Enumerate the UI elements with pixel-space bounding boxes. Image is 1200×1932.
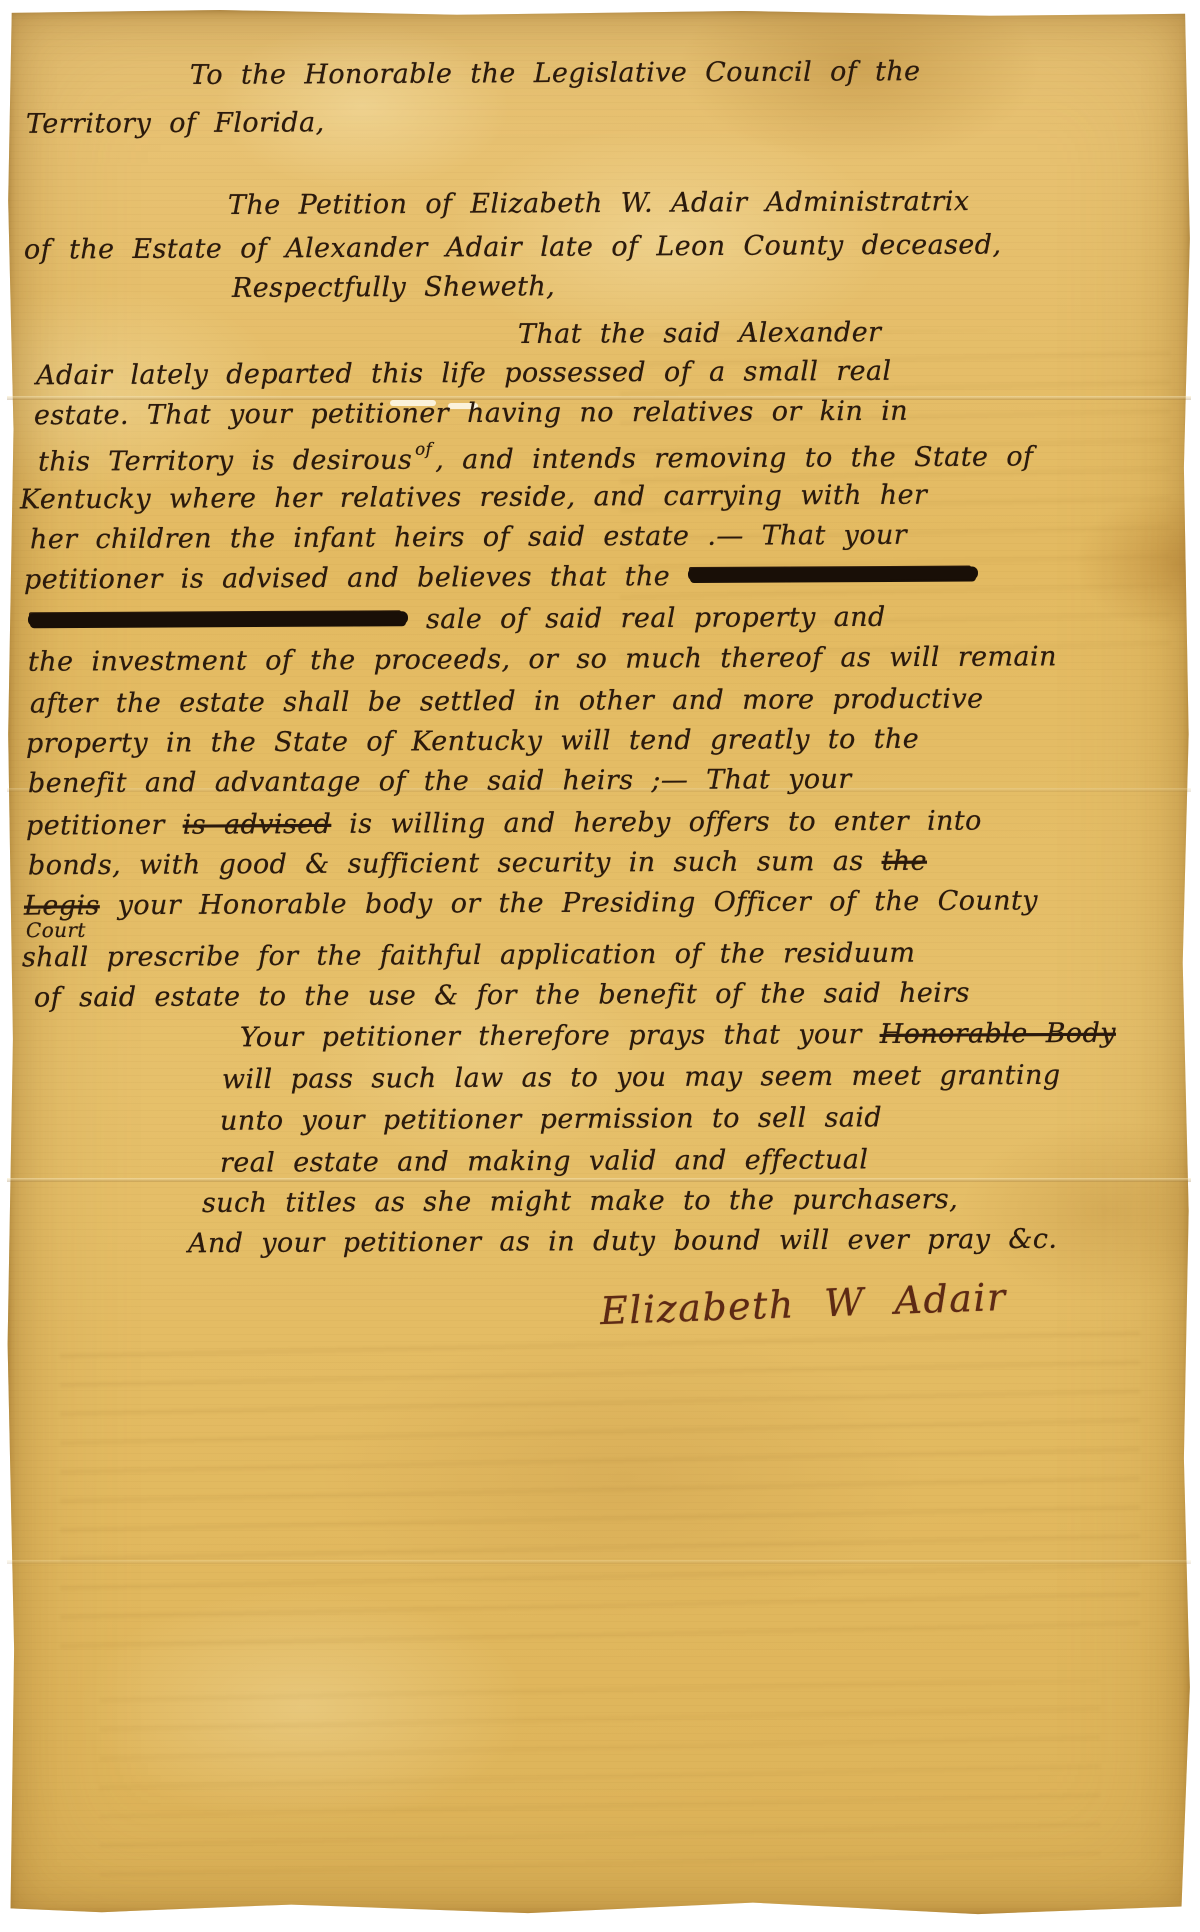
line-text: Court xyxy=(26,918,86,942)
manuscript-line: the investment of the proceeds, or so mu… xyxy=(28,641,1057,677)
line-text: shall prescribe for the faithful applica… xyxy=(22,938,916,974)
line-text: , and intends removing to the State of xyxy=(435,441,1033,475)
manuscript-line: petitioner is advised and believes that … xyxy=(24,560,978,596)
line-text: Territory of Florida, xyxy=(26,107,325,140)
line-text: this Territory is desirous xyxy=(38,445,412,478)
line-text: bonds, with good & sufficient security i… xyxy=(28,846,882,881)
manuscript-line: after the estate shall be settled in oth… xyxy=(30,684,984,720)
interline-insertion: of xyxy=(415,439,432,459)
line-text: her children the infant heirs of said es… xyxy=(30,520,907,556)
line-text: petitioner xyxy=(26,810,183,842)
manuscript-line: Respectfully Sheweth, xyxy=(232,271,555,304)
manuscript-line: this Territory is desirousof, and intend… xyxy=(38,435,1034,477)
struck-text: is advised xyxy=(183,809,332,841)
manuscript-line: real estate and making valid and effectu… xyxy=(220,1144,869,1178)
manuscript-line: Your petitioner therefore prays that you… xyxy=(240,1018,1116,1054)
line-text: That the said Alexander xyxy=(518,317,882,350)
line-text: And your petitioner as in duty bound wil… xyxy=(188,1224,1057,1260)
manuscript-line: Adair lately departed this life possesse… xyxy=(36,356,892,391)
line-text: the investment of the proceeds, or so mu… xyxy=(28,641,1057,677)
line-text: such titles as she might make to the pur… xyxy=(202,1184,958,1219)
manuscript-line: And your petitioner as in duty bound wil… xyxy=(188,1224,1057,1260)
line-text: The Petition of Elizabeth W. Adair Admin… xyxy=(228,186,970,221)
struck-text: the xyxy=(882,846,928,877)
line-text: of the Estate of Alexander Adair late of… xyxy=(24,229,1002,265)
manuscript-line: will pass such law as to you may seem me… xyxy=(222,1060,1061,1095)
manuscript-line: petitioner is advised is willing and her… xyxy=(26,805,982,841)
line-text: is willing and hereby offers to enter in… xyxy=(331,805,982,839)
manuscript-line: of said estate to the use & for the bene… xyxy=(34,978,970,1014)
manuscript-line: unto your petitioner permission to sell … xyxy=(220,1102,882,1136)
manuscript-line: That the said Alexander xyxy=(518,317,882,350)
line-text: Adair lately departed this life possesse… xyxy=(36,356,892,391)
manuscript-line: estate. That your petitioner having no r… xyxy=(34,396,908,432)
line-text: Respectfully Sheweth, xyxy=(232,271,555,304)
manuscript-line: her children the infant heirs of said es… xyxy=(30,520,907,556)
line-text: property in the State of Kentucky will t… xyxy=(26,724,919,760)
line-text: estate. That your petitioner having no r… xyxy=(34,396,908,432)
manuscript-line: property in the State of Kentucky will t… xyxy=(26,724,919,760)
line-text: after the estate shall be settled in oth… xyxy=(30,684,984,720)
line-text: petitioner is advised and believes that … xyxy=(24,561,688,595)
line-text: sale of said real property and xyxy=(408,602,886,636)
struck-text: Honorable Body xyxy=(880,1018,1116,1050)
manuscript-line: Kentucky where her relatives reside, and… xyxy=(20,480,927,516)
struck-text: Legis xyxy=(24,890,100,921)
manuscript-line: To the Honorable the Legislative Council… xyxy=(190,56,921,91)
line-text: unto your petitioner permission to sell … xyxy=(220,1102,882,1136)
manuscript-line: Court xyxy=(26,918,86,942)
manuscript-text-layer: Elizabeth W Adair To the Honorable the L… xyxy=(0,0,1200,1932)
manuscript-line: shall prescribe for the faithful applica… xyxy=(22,938,916,974)
manuscript-line: Territory of Florida, xyxy=(26,107,325,140)
manuscript-line: bonds, with good & sufficient security i… xyxy=(28,846,927,882)
ink-blot-strikeout xyxy=(688,567,978,582)
manuscript-line: sale of said real property and xyxy=(28,602,886,637)
line-text: your Honorable body or the Presiding Off… xyxy=(100,885,1038,921)
line-text: Kentucky where her relatives reside, and… xyxy=(20,480,927,516)
line-text: of said estate to the use & for the bene… xyxy=(34,978,970,1014)
manuscript-line: of the Estate of Alexander Adair late of… xyxy=(24,229,1002,265)
line-text: real estate and making valid and effectu… xyxy=(220,1144,869,1178)
ink-blot-strikeout xyxy=(28,611,408,626)
manuscript-line: benefit and advantage of the said heirs … xyxy=(28,764,852,799)
line-text: will pass such law as to you may seem me… xyxy=(222,1060,1061,1095)
signature: Elizabeth W Adair xyxy=(599,1275,1007,1333)
manuscript-line: The Petition of Elizabeth W. Adair Admin… xyxy=(228,186,970,221)
line-text: To the Honorable the Legislative Council… xyxy=(190,56,921,91)
line-text: benefit and advantage of the said heirs … xyxy=(28,764,852,799)
manuscript-line: such titles as she might make to the pur… xyxy=(202,1184,958,1219)
line-text: Your petitioner therefore prays that you… xyxy=(240,1019,880,1053)
manuscript-line: Legis your Honorable body or the Presidi… xyxy=(24,885,1038,921)
